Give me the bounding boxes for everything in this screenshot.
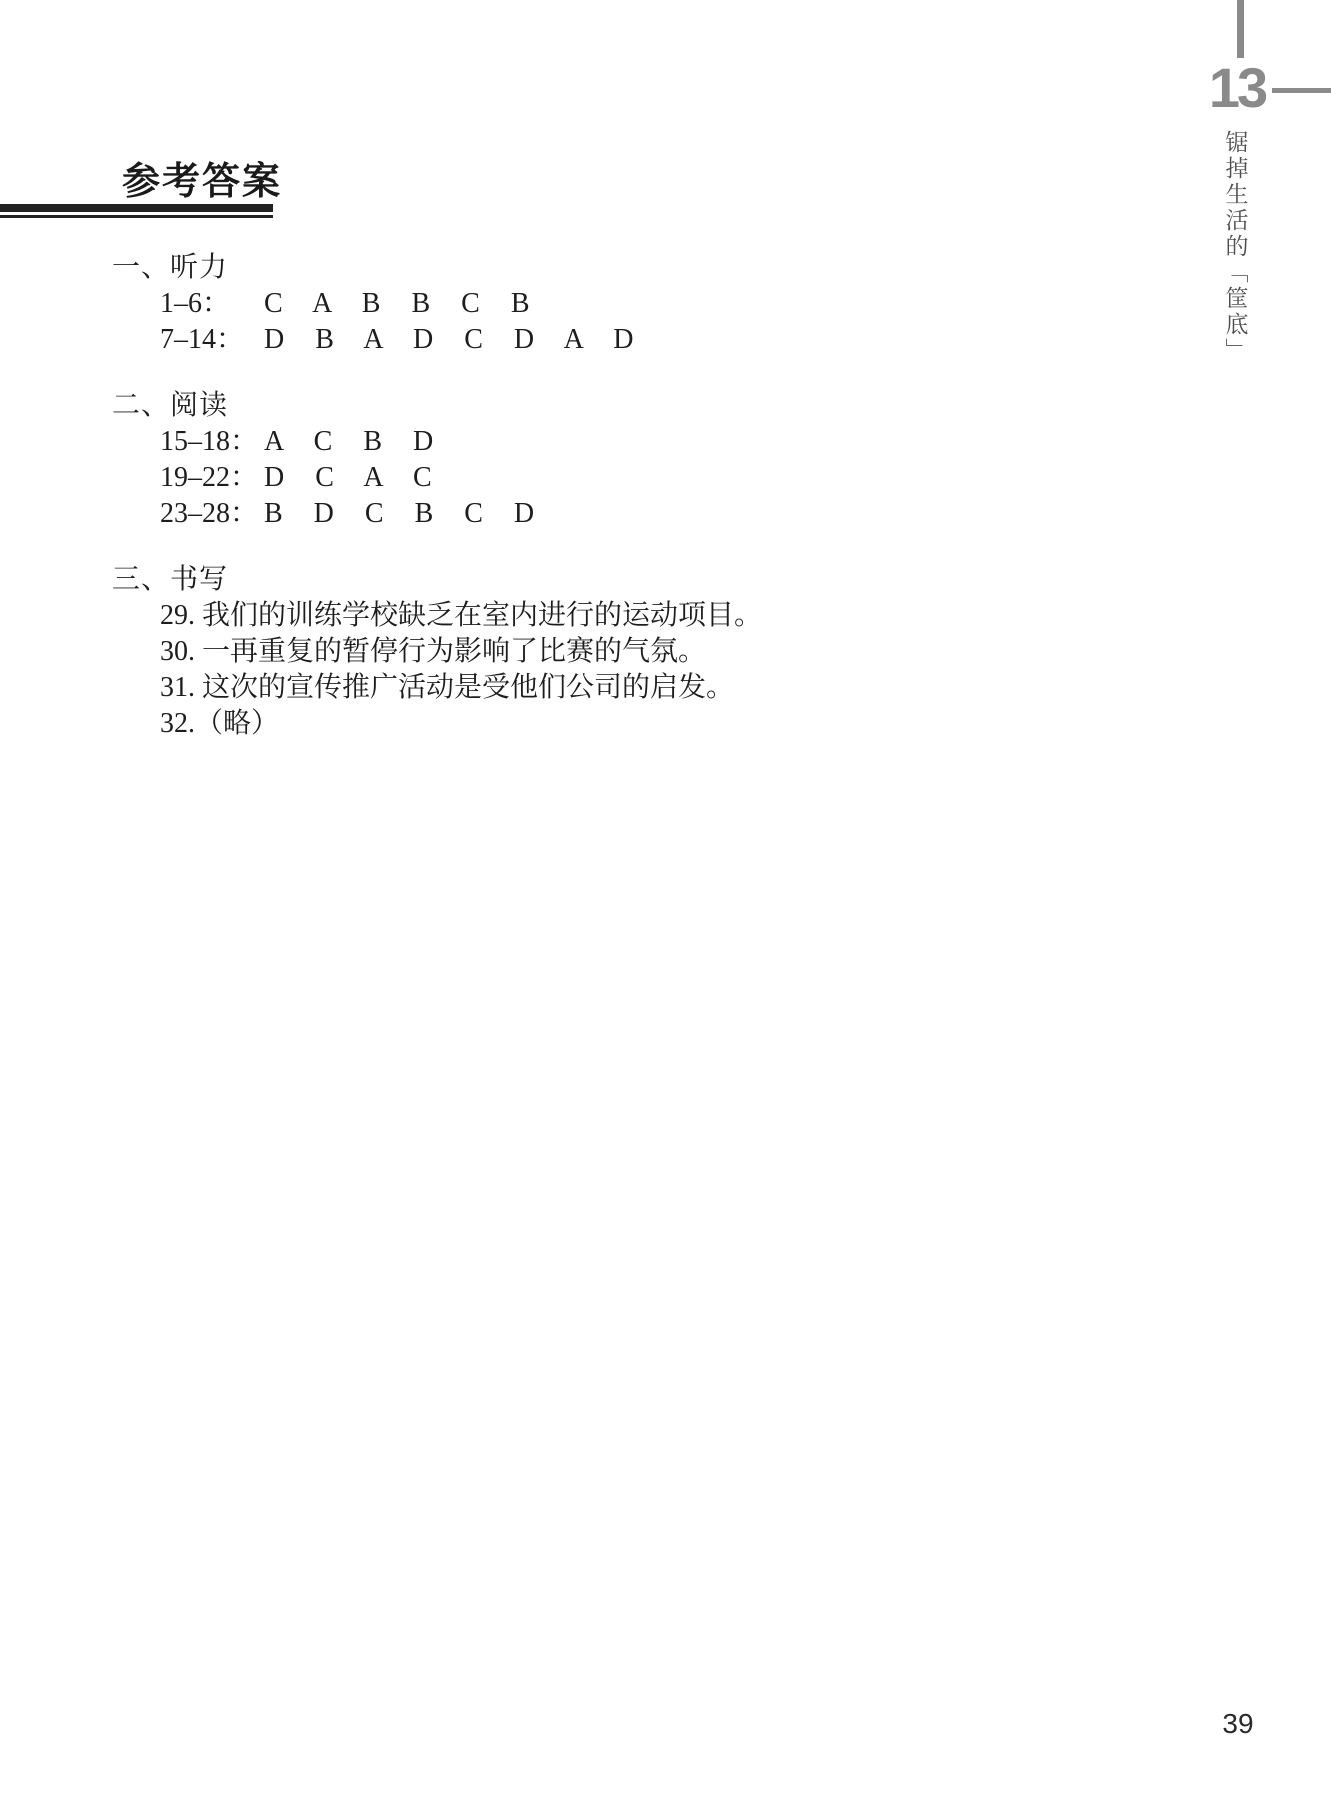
sentence-line: 29. 我们的训练学校缺乏在室内进行的运动项目。 bbox=[112, 598, 1012, 634]
book-page: 参考答案 一、听力 1–6：C A B B C B 7–14：D B A D C… bbox=[0, 0, 1331, 1800]
section-writing-heading: 三、书写 bbox=[112, 562, 1012, 598]
sentence-line: 30. 一再重复的暂停行为影响了比赛的气氛。 bbox=[112, 634, 1012, 670]
section-writing: 三、书写 29. 我们的训练学校缺乏在室内进行的运动项目。 30. 一再重复的暂… bbox=[112, 562, 1012, 742]
answer-row-label: 15–18： bbox=[160, 424, 264, 460]
answer-letters: C A B B C B bbox=[264, 288, 531, 319]
page-number: 39 bbox=[1212, 1708, 1264, 1740]
section-reading-heading: 二、阅读 bbox=[112, 388, 1012, 424]
answer-letters: D B A D C D A D bbox=[264, 324, 635, 355]
answer-row: 19–22：D C A C bbox=[112, 460, 1012, 496]
answer-letters: A C B D bbox=[264, 426, 434, 457]
chapter-vertical-bar bbox=[1237, 0, 1244, 58]
title-rule-thick bbox=[0, 204, 273, 212]
section-listening-heading: 一、听力 bbox=[112, 250, 1012, 286]
answers-content: 一、听力 1–6：C A B B C B 7–14：D B A D C D A … bbox=[112, 250, 1012, 742]
sentence-line: 32.（略） bbox=[112, 706, 1012, 742]
answer-letters: B D C B C D bbox=[264, 498, 535, 529]
answer-row-label: 1–6： bbox=[160, 286, 264, 322]
answer-row: 15–18：A C B D bbox=[112, 424, 1012, 460]
title-rule-thin bbox=[0, 215, 273, 218]
answer-row: 1–6：C A B B C B bbox=[112, 286, 1012, 322]
section-listening: 一、听力 1–6：C A B B C B 7–14：D B A D C D A … bbox=[112, 250, 1012, 358]
chapter-number: 13 bbox=[1206, 60, 1268, 116]
answer-row: 7–14：D B A D C D A D bbox=[112, 322, 1012, 358]
sentence-line: 31. 这次的宣传推广活动是受他们公司的启发。 bbox=[112, 670, 1012, 706]
chapter-horizontal-rule bbox=[1272, 88, 1331, 93]
answer-row-label: 23–28： bbox=[160, 496, 264, 532]
answer-row-label: 19–22： bbox=[160, 460, 264, 496]
section-reading: 二、阅读 15–18：A C B D 19–22：D C A C 23–28：B… bbox=[112, 388, 1012, 532]
answer-letters: D C A C bbox=[264, 462, 433, 493]
answer-row: 23–28：B D C B C D bbox=[112, 496, 1012, 532]
chapter-vertical-title: 锯掉生活的﹁筐底﹂ bbox=[1222, 130, 1252, 364]
answer-row-label: 7–14： bbox=[160, 322, 264, 358]
page-title: 参考答案 bbox=[122, 150, 282, 205]
